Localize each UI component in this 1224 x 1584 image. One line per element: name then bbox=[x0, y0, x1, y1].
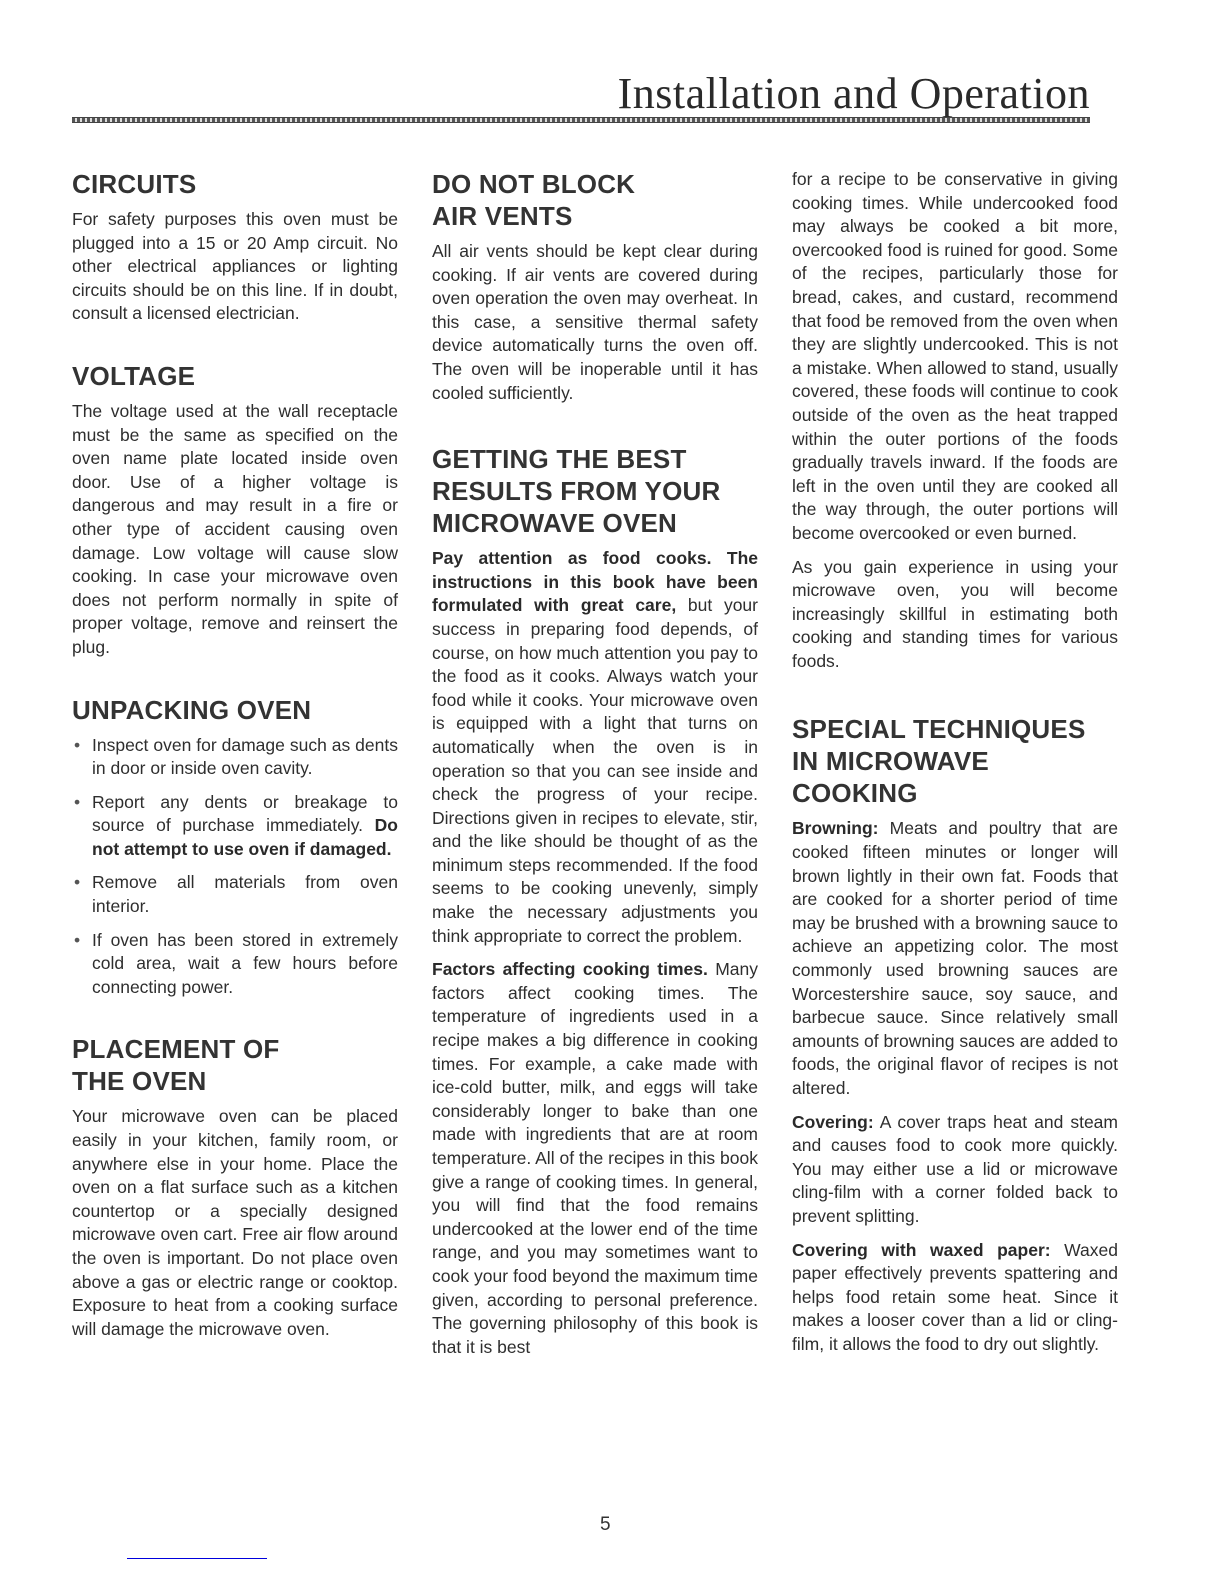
heading-line: GETTING THE BEST bbox=[432, 444, 687, 474]
heading-line: SPECIAL TECHNIQUES bbox=[792, 714, 1086, 744]
section-getting-best-results: GETTING THE BEST RESULTS FROM YOUR MICRO… bbox=[432, 443, 758, 1359]
middle-column: DO NOT BLOCK AIR VENTS All air vents sho… bbox=[432, 168, 758, 1393]
paragraph-body: Many factors affect cooking times. The t… bbox=[432, 959, 758, 1357]
left-column: CIRCUITS For safety purposes this oven m… bbox=[72, 168, 398, 1375]
section-paragraph: Covering with waxed paper: Waxed paper e… bbox=[792, 1239, 1118, 1357]
section-heading: GETTING THE BEST RESULTS FROM YOUR MICRO… bbox=[432, 443, 758, 539]
list-item: If oven has been stored in extremely col… bbox=[72, 929, 398, 1000]
heading-line: IN MICROWAVE bbox=[792, 746, 989, 776]
section-paragraph: Browning: Meats and poultry that are coo… bbox=[792, 817, 1118, 1100]
paragraph-lead: Browning: bbox=[792, 818, 879, 838]
section-continued-text: for a recipe to be conservative in givin… bbox=[792, 168, 1118, 673]
list-item-text: If oven has been stored in extremely col… bbox=[92, 930, 398, 997]
list-item-text: Report any dents or breakage to source o… bbox=[92, 792, 398, 836]
footer-link-underline[interactable] bbox=[127, 1558, 267, 1559]
section-do-not-block-air-vents: DO NOT BLOCK AIR VENTS All air vents sho… bbox=[432, 168, 758, 405]
section-heading: SPECIAL TECHNIQUES IN MICROWAVE COOKING bbox=[792, 713, 1118, 809]
list-item-text: Remove all materials from oven interior. bbox=[92, 872, 398, 916]
heading-line: PLACEMENT OF bbox=[72, 1034, 280, 1064]
paragraph-lead: Covering: bbox=[792, 1112, 874, 1132]
heading-line: MICROWAVE OVEN bbox=[432, 508, 677, 538]
page-header: Installation and Operation bbox=[72, 62, 1090, 122]
paragraph-body: but your success in preparing food depen… bbox=[432, 595, 758, 945]
section-heading: UNPACKING OVEN bbox=[72, 694, 398, 726]
section-paragraph: Factors affecting cooking times. Many fa… bbox=[432, 958, 758, 1359]
right-column: for a recipe to be conservative in givin… bbox=[792, 168, 1118, 1391]
section-heading: CIRCUITS bbox=[72, 168, 398, 200]
section-unpacking-oven: UNPACKING OVEN Inspect oven for damage s… bbox=[72, 694, 398, 1000]
section-body: For safety purposes this oven must be pl… bbox=[72, 208, 398, 326]
heading-line: COOKING bbox=[792, 778, 918, 808]
section-body: All air vents should be kept clear durin… bbox=[432, 240, 758, 405]
section-paragraph: Covering: A cover traps heat and steam a… bbox=[792, 1111, 1118, 1229]
page-number: 5 bbox=[600, 1514, 611, 1536]
section-body: The voltage used at the wall receptacle … bbox=[72, 400, 398, 660]
list-item: Inspect oven for damage such as dents in… bbox=[72, 734, 398, 781]
heading-line: RESULTS FROM YOUR bbox=[432, 476, 720, 506]
section-heading: DO NOT BLOCK AIR VENTS bbox=[432, 168, 758, 232]
section-body: Your microwave oven can be placed easily… bbox=[72, 1105, 398, 1341]
page-title: Installation and Operation bbox=[618, 68, 1090, 119]
section-heading: VOLTAGE bbox=[72, 360, 398, 392]
section-paragraph: for a recipe to be conservative in givin… bbox=[792, 168, 1118, 546]
section-heading: PLACEMENT OF THE OVEN bbox=[72, 1033, 398, 1097]
section-voltage: VOLTAGE The voltage used at the wall rec… bbox=[72, 360, 398, 660]
heading-line: THE OVEN bbox=[72, 1066, 207, 1096]
section-special-techniques: SPECIAL TECHNIQUES IN MICROWAVE COOKING … bbox=[792, 713, 1118, 1356]
header-rule-divider bbox=[72, 117, 1090, 123]
section-circuits: CIRCUITS For safety purposes this oven m… bbox=[72, 168, 398, 326]
section-placement-of-the-oven: PLACEMENT OF THE OVEN Your microwave ove… bbox=[72, 1033, 398, 1341]
list-item: Remove all materials from oven interior. bbox=[72, 871, 398, 918]
paragraph-lead: Covering with waxed paper: bbox=[792, 1240, 1051, 1260]
heading-line: DO NOT BLOCK bbox=[432, 169, 635, 199]
list-item-text: Inspect oven for damage such as dents in… bbox=[92, 735, 398, 779]
section-paragraph: Pay attention as food cooks. The instruc… bbox=[432, 547, 758, 948]
heading-line: AIR VENTS bbox=[432, 201, 572, 231]
unpacking-list: Inspect oven for damage such as dents in… bbox=[72, 734, 398, 1000]
paragraph-lead: Factors affecting cooking times. bbox=[432, 959, 708, 979]
paragraph-body: Meats and poultry that are cooked fiftee… bbox=[792, 818, 1118, 1098]
list-item: Report any dents or breakage to source o… bbox=[72, 791, 398, 862]
section-paragraph: As you gain experience in using your mic… bbox=[792, 556, 1118, 674]
